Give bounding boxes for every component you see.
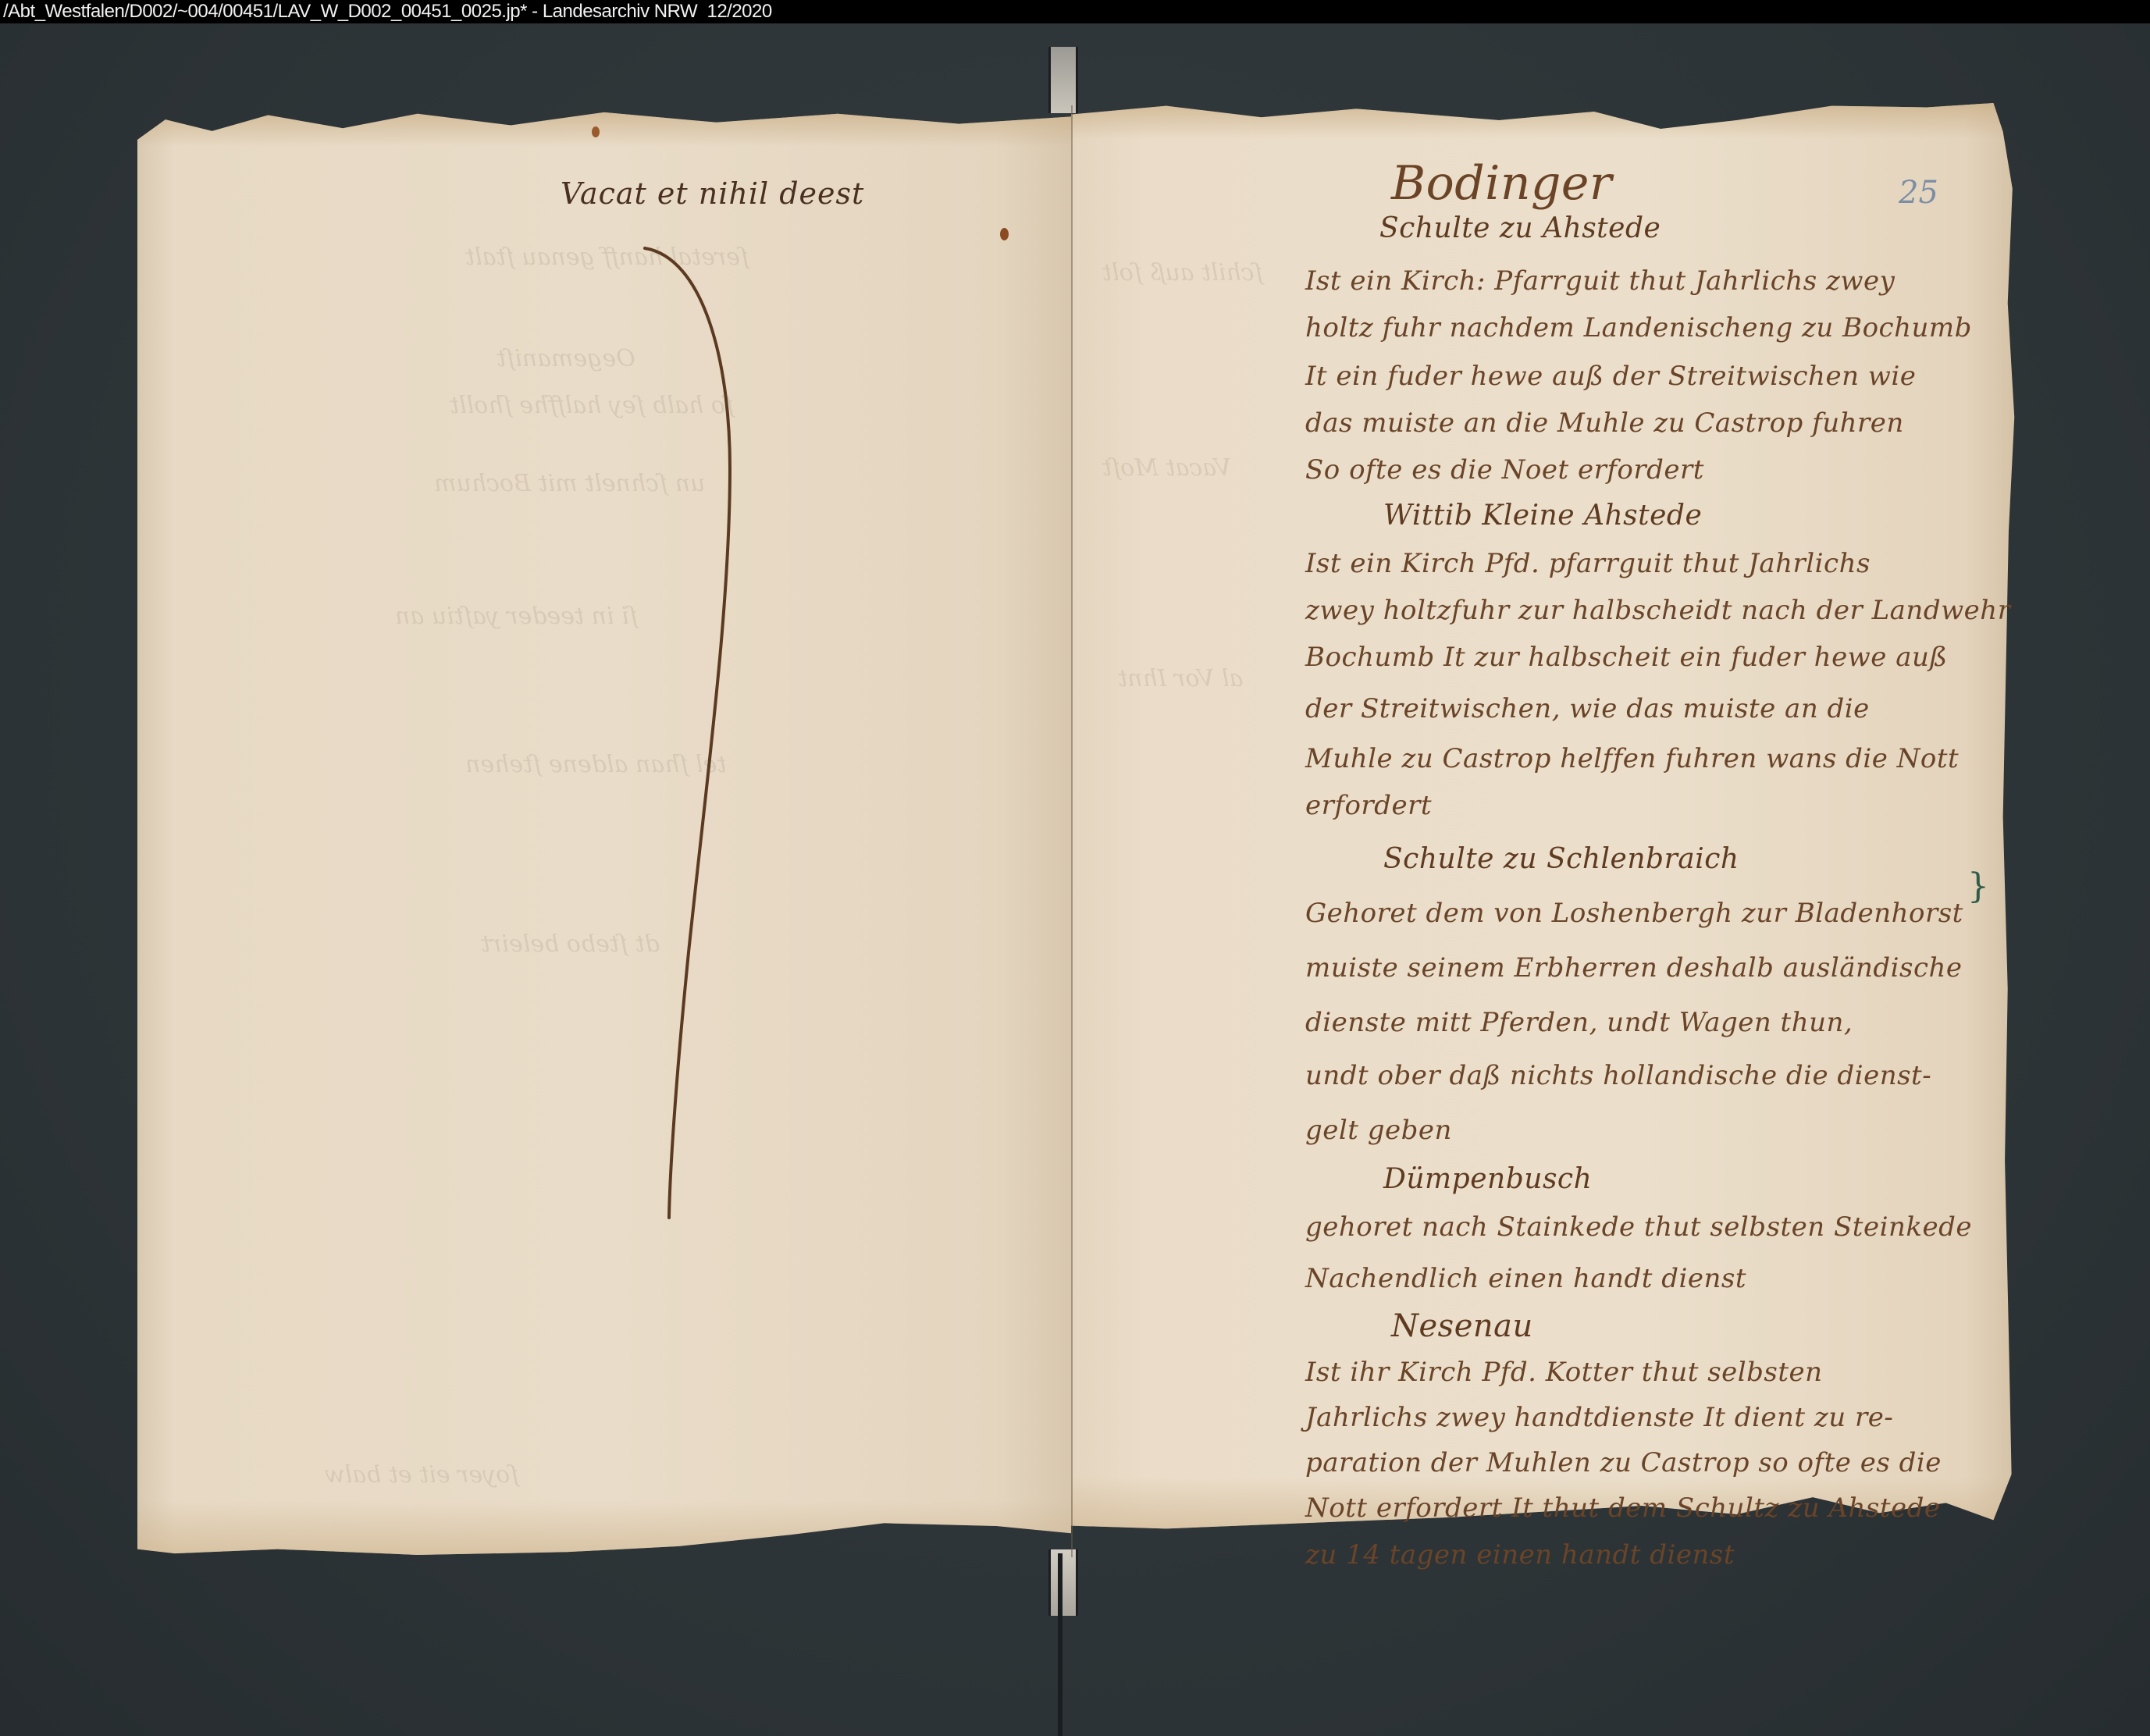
text-line: gehoret nach Stainkede thut selbsten Ste… <box>1305 1211 1972 1243</box>
text-line: dienste mitt Pferden, undt Wagen thun, <box>1305 1007 1853 1038</box>
entry-heading: Schulte zu Ahstede <box>1379 212 1661 244</box>
text-line: muiste seinem Erbherren deshalb ausländi… <box>1305 952 1963 984</box>
text-line: Ist ihr Kirch Pfd. Kotter thut selbsten <box>1305 1357 1823 1388</box>
archive-label: Landesarchiv NRW <box>543 1 697 22</box>
show-through-text: Vacat Moſt <box>1102 454 1231 482</box>
text-line: Bochumb It zur halbscheit ein fuder hewe… <box>1305 642 1948 673</box>
text-line: zwey holtzfuhr zur halbscheidt nach der … <box>1305 595 2010 626</box>
scan-date: 12/2020 <box>707 1 771 22</box>
center-fold <box>1071 105 1073 1557</box>
show-through-text: ſeretal hanff genau ſtalt <box>465 244 749 271</box>
show-through-text: ſoyer eit et balw <box>325 1461 518 1489</box>
show-through-text: Oegemaniſt <box>497 345 635 372</box>
left-page-heading: Vacat et nihil deest <box>561 176 864 211</box>
text-line: das muiste an die Muhle zu Castrop fuhre… <box>1305 407 1904 439</box>
text-line: It ein fuder hewe auß der Streitwischen … <box>1305 361 1916 392</box>
text-line: erfordert <box>1305 790 1432 821</box>
text-line: der Streitwischen, wie das muiste an die <box>1305 693 1870 724</box>
text-line: paration der Muhlen zu Castrop so ofte e… <box>1305 1447 1942 1478</box>
text-line: undt ober daß nichts hollandische die di… <box>1305 1060 1931 1091</box>
spine-tape-bottom <box>1048 1549 1078 1616</box>
text-line: gelt geben <box>1305 1115 1452 1146</box>
ink-spot <box>1000 228 1009 240</box>
spine-tape-top <box>1048 47 1078 113</box>
folio-number: 25 <box>1899 175 1938 211</box>
show-through-text: un ſchnelt mit Bochum <box>434 470 705 497</box>
text-line: Ist ein Kirch: Pfarrguit thut Jahrlichs … <box>1305 265 1895 297</box>
entry-heading: Nesenau <box>1391 1308 1533 1344</box>
show-through-text: dt ſtebo beleirt <box>481 930 660 958</box>
show-through-text: ſi in teeder yaſtiu an <box>395 603 638 630</box>
place-heading: Bodinger <box>1391 156 1612 211</box>
title-separator: - <box>527 1 543 22</box>
file-path: /Abt_Westfalen/D002/~004/00451/LAV_W_D00… <box>3 1 527 22</box>
text-line: Muhle zu Castrop helffen fuhren wans die… <box>1305 743 1959 774</box>
text-line: So ofte es die Noet erfordert <box>1305 454 1704 486</box>
show-through-text: tel ſhan aldene ſtehen <box>465 751 726 778</box>
text-line: Jahrlichs zwey handtdienste It dient zu … <box>1305 1402 1893 1433</box>
text-line: Gehoret dem von Loshenbergh zur Bladenho… <box>1305 898 1963 929</box>
text-line: Ist ein Kirch Pfd. pfarrguit thut Jahrli… <box>1305 548 1871 579</box>
text-line: Nott erfordert It thut dem Schultz zu Ah… <box>1305 1492 1940 1524</box>
show-through-text: ſchilt auß ſolt <box>1102 259 1263 286</box>
text-line: Nachendlich einen handt dienst <box>1305 1263 1746 1294</box>
show-through-text: al Vor Ihnt <box>1118 665 1243 692</box>
left-page: ſeretal hanff genau ſtalt Oegemaniſt ſo … <box>137 111 1071 1555</box>
entry-heading: Schulte zu Schlenbraich <box>1383 843 1739 875</box>
entry-heading: Dümpenbusch <box>1383 1163 1592 1195</box>
margin-mark: } <box>1967 866 1989 906</box>
text-line: holtz fuhr nachdem Landenischeng zu Boch… <box>1305 312 1972 343</box>
entry-heading: Wittib Kleine Ahstede <box>1383 500 1702 532</box>
text-line: zu 14 tagen einen handt dienst <box>1305 1539 1735 1571</box>
viewer-title-bar: /Abt_Westfalen/D002/~004/00451/LAV_W_D00… <box>0 0 2150 23</box>
spine-gap <box>1058 1553 1063 1736</box>
show-through-text: ſo halb ſey halffhe ſhollt <box>450 392 734 419</box>
ink-spot <box>592 126 600 137</box>
